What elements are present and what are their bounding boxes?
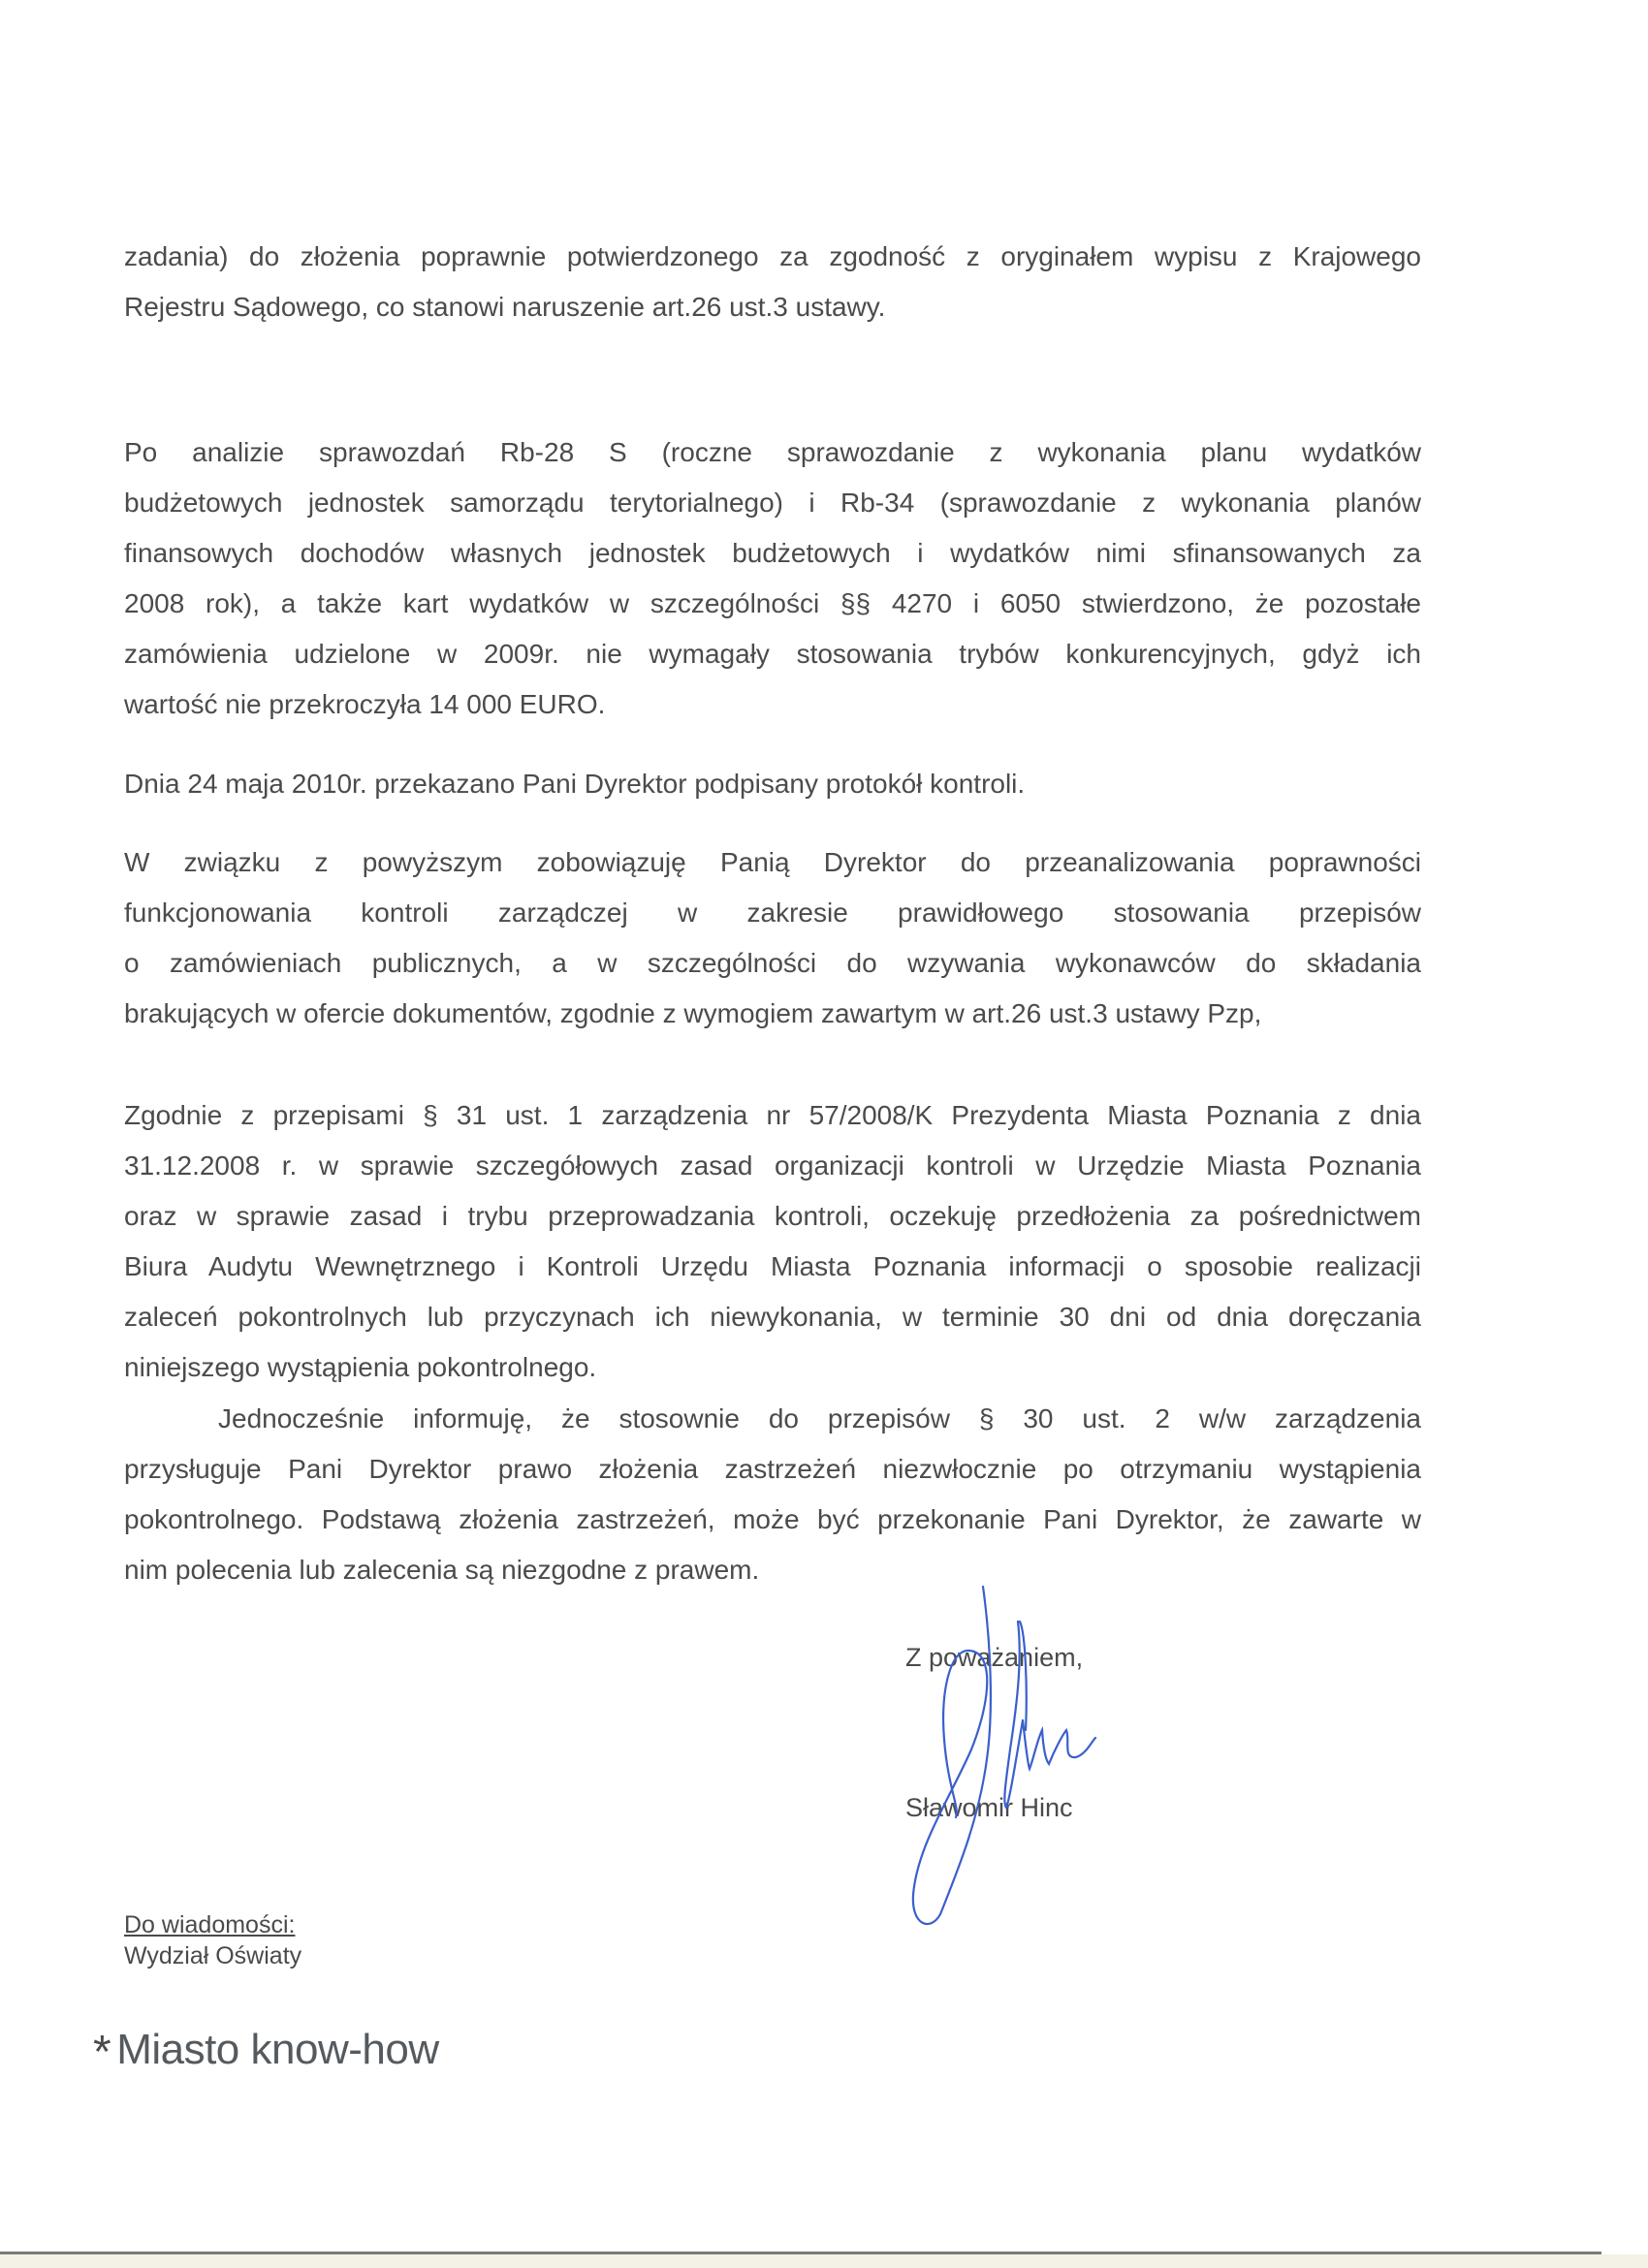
paragraph-4-line-1: W związku z powyższym zobowiązuję Panią … [124, 846, 1421, 879]
paragraph-4-line-2: funkcjonowania kontroli zarządczej w zak… [124, 897, 1421, 929]
paragraph-2-line-4: 2008 rok), a także kart wydatków w szcze… [124, 587, 1421, 620]
cc-label: Do wiadomości: [124, 1911, 295, 1939]
paragraph-5-line-3: oraz w sprawie zasad i trybu przeprowadz… [124, 1200, 1421, 1233]
paragraph-6-line-4: nim polecenia lub zalecenia są niezgodne… [124, 1554, 1421, 1587]
paragraph-2-line-5: zamówienia udzielone w 2009r. nie wymaga… [124, 638, 1421, 671]
paragraph-5-line-1: Zgodnie z przepisami § 31 ust. 1 zarządz… [124, 1099, 1421, 1132]
paragraph-2-line-3: finansowych dochodów własnych jednostek … [124, 537, 1421, 570]
paragraph-2-line-2: budżetowych jednostek samorządu terytori… [124, 487, 1421, 520]
paragraph-2-line-1: Po analizie sprawozdań Rb-28 S (roczne s… [124, 436, 1421, 469]
asterisk-icon: * [93, 2027, 111, 2078]
paragraph-1-line-2: Rejestru Sądowego, co stanowi naruszenie… [124, 291, 1421, 324]
paragraph-4-line-4: brakujących w ofercie dokumentów, zgodni… [124, 997, 1421, 1030]
scan-background-strip [0, 2254, 1648, 2268]
paragraph-6-line-1: Jednocześnie informuję, że stosownie do … [124, 1402, 1421, 1435]
paragraph-5-line-2: 31.12.2008 r. w sprawie szczegółowych za… [124, 1150, 1421, 1182]
paragraph-2-line-6: wartość nie przekroczyła 14 000 EURO. [124, 688, 1421, 721]
paragraph-5-line-4: Biura Audytu Wewnętrznego i Kontroli Urz… [124, 1250, 1421, 1283]
city-logo: *Miasto know-how [93, 2026, 439, 2079]
paragraph-6-line-2: przysługuje Pani Dyrektor prawo złożenia… [124, 1453, 1421, 1486]
handwritten-signature-icon [902, 1575, 1134, 1934]
paragraph-5-line-6: niniejszego wystąpienia pokontrolnego. [124, 1351, 1421, 1384]
logo-text: Miasto know-how [116, 2026, 438, 2073]
cc-recipient: Wydział Oświaty [124, 1942, 301, 1970]
paragraph-1-line-1: zadania) do złożenia poprawnie potwierdz… [124, 240, 1421, 273]
paragraph-5-line-5: zaleceń pokontrolnych lub przyczynach ic… [124, 1301, 1421, 1334]
paragraph-6-line-3: pokontrolnego. Podstawą złożenia zastrze… [124, 1503, 1421, 1536]
paragraph-4-line-3: o zamówieniach publicznych, a w szczegól… [124, 947, 1421, 980]
paragraph-3-line-1: Dnia 24 maja 2010r. przekazano Pani Dyre… [124, 768, 1421, 801]
